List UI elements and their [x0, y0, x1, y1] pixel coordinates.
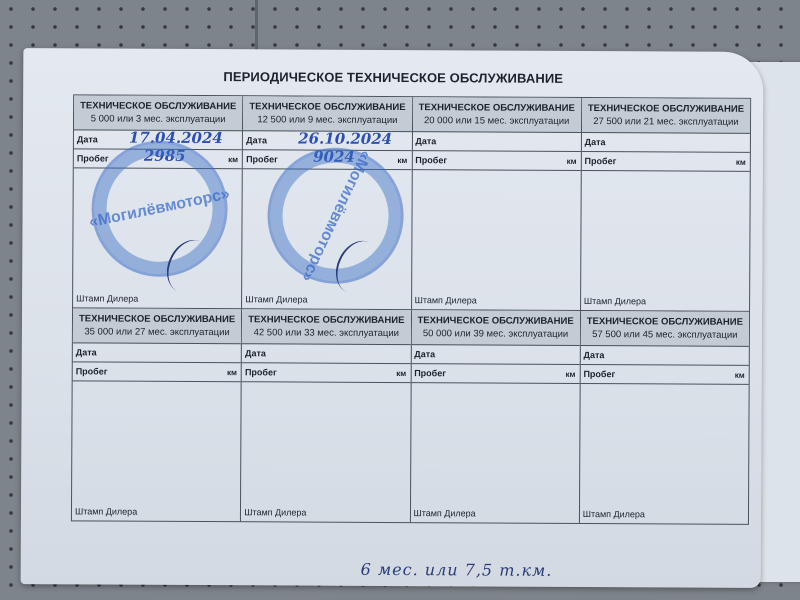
- mileage-label: Пробег: [77, 153, 109, 163]
- maintenance-cell: ТЕХНИЧЕСКОЕ ОБСЛУЖИВАНИЕ 12 500 или 9 ме…: [242, 96, 412, 309]
- service-header: ТЕХНИЧЕСКОЕ ОБСЛУЖИВАНИЕ 12 500 или 9 ме…: [243, 96, 411, 132]
- dealer-stamp-area[interactable]: Штамп Дилера «Могилёвмоторс»: [242, 169, 411, 309]
- date-label: Дата: [415, 136, 436, 146]
- maintenance-cell: ТЕХНИЧЕСКОЕ ОБСЛУЖИВАНИЕ 50 000 или 39 м…: [410, 310, 580, 523]
- date-value: 26.10.2024: [298, 130, 392, 148]
- service-interval: 50 000 или 39 мес. эксплуатации: [411, 327, 579, 341]
- service-header: ТЕХНИЧЕСКОЕ ОБСЛУЖИВАНИЕ 42 500 или 33 м…: [242, 309, 410, 345]
- maintenance-cell: ТЕХНИЧЕСКОЕ ОБСЛУЖИВАНИЕ 42 500 или 33 м…: [241, 309, 411, 522]
- service-heading: ТЕХНИЧЕСКОЕ ОБСЛУЖИВАНИЕ: [73, 312, 241, 326]
- handwritten-note: 6 мес. или 7,5 т.км.: [361, 560, 553, 580]
- mileage-field[interactable]: Пробег км: [411, 364, 579, 384]
- km-unit: км: [227, 368, 237, 377]
- dealer-stamp-area[interactable]: Штамп Дилера: [580, 384, 749, 524]
- date-label: Дата: [245, 348, 266, 358]
- dealer-stamp-label: Штамп Дилера: [583, 509, 645, 519]
- service-interval: 12 500 или 9 мес. эксплуатации: [243, 113, 411, 127]
- service-header: ТЕХНИЧЕСКОЕ ОБСЛУЖИВАНИЕ 35 000 или 27 м…: [73, 308, 241, 344]
- mileage-label: Пробег: [414, 368, 446, 378]
- mileage-label: Пробег: [585, 156, 617, 166]
- mileage-field[interactable]: Пробег км: [582, 152, 750, 172]
- service-header: ТЕХНИЧЕСКОЕ ОБСЛУЖИВАНИЕ 50 000 или 39 м…: [411, 310, 579, 346]
- maintenance-grid: ТЕХНИЧЕСКОЕ ОБСЛУЖИВАНИЕ 5 000 или 3 мес…: [71, 94, 751, 525]
- service-header: ТЕХНИЧЕСКОЕ ОБСЛУЖИВАНИЕ 27 500 или 21 м…: [582, 98, 750, 134]
- maintenance-cell: ТЕХНИЧЕСКОЕ ОБСЛУЖИВАНИЕ 35 000 или 27 м…: [72, 308, 242, 521]
- maintenance-row-2: ТЕХНИЧЕСКОЕ ОБСЛУЖИВАНИЕ 35 000 или 27 м…: [72, 307, 749, 524]
- service-header: ТЕХНИЧЕСКОЕ ОБСЛУЖИВАНИЕ 20 000 или 15 м…: [412, 97, 580, 133]
- mileage-field[interactable]: Пробег км: [73, 362, 241, 382]
- dealer-stamp-area[interactable]: Штамп Дилера: [412, 170, 581, 310]
- mileage-label: Пробег: [415, 155, 447, 165]
- km-unit: км: [228, 155, 238, 164]
- service-interval: 27 500 или 21 мес. эксплуатации: [582, 115, 750, 129]
- maintenance-cell: ТЕХНИЧЕСКОЕ ОБСЛУЖИВАНИЕ 20 000 или 15 м…: [412, 97, 582, 310]
- service-interval: 57 500 или 45 мес. эксплуатации: [581, 328, 749, 342]
- maintenance-cell: ТЕХНИЧЕСКОЕ ОБСЛУЖИВАНИЕ 5 000 или 3 мес…: [73, 95, 243, 308]
- dealer-stamp-label: Штамп Дилера: [244, 507, 306, 517]
- mileage-label: Пробег: [245, 367, 277, 377]
- date-label: Дата: [76, 347, 97, 357]
- dealer-stamp-label: Штамп Дилера: [245, 294, 307, 304]
- dealer-stamp-label: Штамп Дилера: [413, 508, 475, 518]
- km-unit: км: [736, 158, 746, 167]
- maintenance-row-1: ТЕХНИЧЕСКОЕ ОБСЛУЖИВАНИЕ 5 000 или 3 мес…: [73, 95, 750, 311]
- maintenance-cell: ТЕХНИЧЕСКОЕ ОБСЛУЖИВАНИЕ 27 500 или 21 м…: [581, 98, 750, 311]
- service-heading: ТЕХНИЧЕСКОЕ ОБСЛУЖИВАНИЕ: [582, 102, 750, 116]
- date-field[interactable]: Дата: [581, 346, 749, 366]
- service-heading: ТЕХНИЧЕСКОЕ ОБСЛУЖИВАНИЕ: [413, 101, 581, 115]
- date-field[interactable]: Дата: [411, 345, 579, 365]
- date-field[interactable]: Дата: [242, 344, 410, 364]
- mileage-label: Пробег: [583, 369, 615, 379]
- dealer-stamp-label: Штамп Дилера: [584, 296, 646, 306]
- stamp-text: «Могилёвмоторс»: [88, 185, 232, 232]
- mileage-field[interactable]: Пробег км: [580, 365, 748, 385]
- mileage-field[interactable]: Пробег км: [242, 363, 410, 383]
- dealer-stamp-area[interactable]: Штамп Дилера: [72, 381, 241, 521]
- service-interval: 35 000 или 27 мес. эксплуатации: [73, 325, 241, 339]
- date-label: Дата: [585, 137, 606, 147]
- km-unit: км: [396, 369, 406, 378]
- service-header: ТЕХНИЧЕСКОЕ ОБСЛУЖИВАНИЕ 5 000 или 3 мес…: [74, 95, 242, 131]
- maintenance-cell: ТЕХНИЧЕСКОЕ ОБСЛУЖИВАНИЕ 57 500 или 45 м…: [580, 311, 749, 524]
- service-heading: ТЕХНИЧЕСКОЕ ОБСЛУЖИВАНИЕ: [411, 314, 579, 328]
- date-label: Дата: [414, 349, 435, 359]
- km-unit: км: [566, 370, 576, 379]
- dealer-stamp-label: Штамп Дилера: [75, 506, 137, 516]
- dealer-stamp-area[interactable]: Штамп Дилера «Могилёвмоторс»: [73, 168, 242, 308]
- service-heading: ТЕХНИЧЕСКОЕ ОБСЛУЖИВАНИЕ: [243, 100, 411, 114]
- date-label: Дата: [77, 134, 98, 144]
- km-unit: км: [735, 371, 745, 380]
- mileage-label: Пробег: [246, 154, 278, 164]
- service-interval: 20 000 или 15 мес. эксплуатации: [412, 114, 580, 128]
- date-label: Дата: [246, 135, 267, 145]
- service-header: ТЕХНИЧЕСКОЕ ОБСЛУЖИВАНИЕ 57 500 или 45 м…: [581, 311, 749, 347]
- mileage-label: Пробег: [76, 366, 108, 376]
- date-label: Дата: [584, 350, 605, 360]
- dealer-stamp-area[interactable]: Штамп Дилера: [241, 382, 410, 522]
- service-heading: ТЕХНИЧЕСКОЕ ОБСЛУЖИВАНИЕ: [581, 315, 749, 329]
- date-field[interactable]: Дата: [73, 343, 241, 363]
- service-heading: ТЕХНИЧЕСКОЕ ОБСЛУЖИВАНИЕ: [242, 313, 410, 327]
- dealer-stamp-area[interactable]: Штамп Дилера: [410, 383, 579, 523]
- seat-seam: [255, 0, 258, 52]
- service-book-page: ПЕРИОДИЧЕСКОЕ ТЕХНИЧЕСКОЕ ОБСЛУЖИВАНИЕ Т…: [21, 48, 764, 588]
- date-field[interactable]: Дата: [412, 132, 580, 152]
- service-heading: ТЕХНИЧЕСКОЕ ОБСЛУЖИВАНИЕ: [74, 99, 242, 113]
- service-interval: 42 500 или 33 мес. эксплуатации: [242, 326, 410, 340]
- dealer-stamp-area[interactable]: Штамп Дилера: [581, 171, 750, 311]
- mileage-field[interactable]: Пробег км: [412, 151, 580, 171]
- km-unit: км: [397, 156, 407, 165]
- service-interval: 5 000 или 3 мес. эксплуатации: [74, 112, 242, 126]
- km-unit: км: [567, 157, 577, 166]
- dealer-stamp-label: Штамп Дилера: [76, 293, 138, 303]
- page-title: ПЕРИОДИЧЕСКОЕ ТЕХНИЧЕСКОЕ ОБСЛУЖИВАНИЕ: [23, 68, 763, 87]
- dealer-stamp-label: Штамп Дилера: [415, 295, 477, 305]
- date-field[interactable]: Дата: [582, 133, 750, 153]
